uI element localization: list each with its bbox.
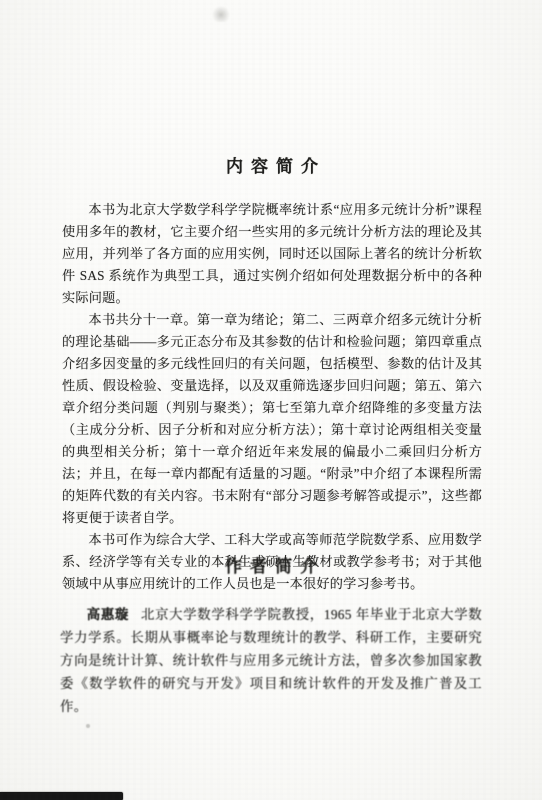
author-bio-text: 北京大学数学科学学院教授，1965 年毕业于北京大学数学力学系。长期从事概率论与… <box>60 607 482 714</box>
scanned-book-page: 内容简介 本书为北京大学数学科学学院概率统计系“应用多元统计分析”课程使用多年的… <box>0 0 542 800</box>
author-name: 高惠璇 <box>87 607 129 622</box>
author-summary-section: 作者简介 高惠璇北京大学数学科学学院教授，1965 年毕业于北京大学数学力学系。… <box>60 552 482 718</box>
scan-smudge-artifact <box>212 6 230 22</box>
content-summary-title: 内容简介 <box>62 152 482 177</box>
author-bio-paragraph: 高惠璇北京大学数学科学学院教授，1965 年毕业于北京大学数学力学系。长期从事概… <box>60 603 482 718</box>
author-summary-title: 作者简介 <box>60 552 482 577</box>
intro-paragraph-chapters: 本书共分十一章。第一章为绪论；第二、三两章介绍多元统计分析的理论基础——多元正态… <box>62 309 482 529</box>
scan-speck-artifact <box>86 724 90 728</box>
scan-edge-artifact <box>0 792 123 800</box>
intro-paragraph-overview: 本书为北京大学数学科学学院概率统计系“应用多元统计分析”课程使用多年的教材，它主… <box>62 199 482 309</box>
content-summary-section: 内容简介 本书为北京大学数学科学学院概率统计系“应用多元统计分析”课程使用多年的… <box>62 152 482 595</box>
